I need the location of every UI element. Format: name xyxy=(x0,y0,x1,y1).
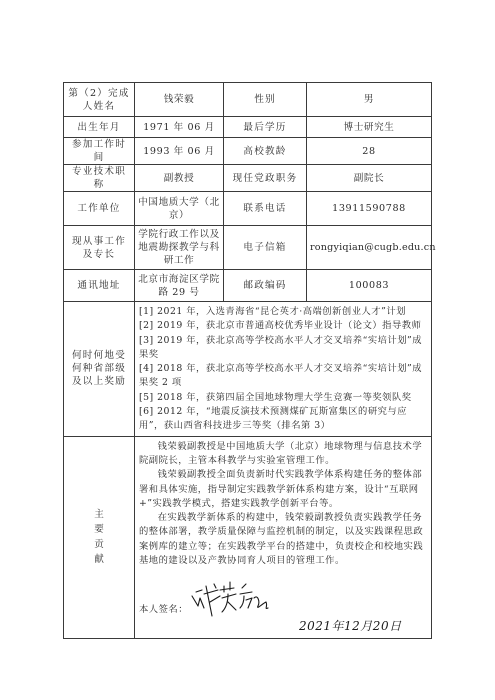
table-row-awards: 何时何地受何种省部级及以上奖励 [1] 2021 年，入选青海省“昆仑英才·高端… xyxy=(64,302,432,437)
label-awards: 何时何地受何种省部级及以上奖励 xyxy=(64,302,135,437)
label-name: 第（2）完成人姓名 xyxy=(64,83,135,117)
value-email: rongyiqian@cugb.edu.cn xyxy=(307,226,432,270)
label-contribution: 主要贡献 xyxy=(93,507,105,567)
contribution-paragraph: 钱荣毅副教授全面负责新时代实践教学体系构建任务的整体部署和具体实施，指导制定实践… xyxy=(139,468,427,511)
label-employer: 工作单位 xyxy=(64,192,135,226)
label-email: 电子信箱 xyxy=(224,226,307,270)
award-item: [5] 2018 年，获第四届全国地球物理大学生竞赛一等奖领队奖 xyxy=(139,391,428,405)
label-gender: 性别 xyxy=(224,83,307,117)
value-birth: 1971 年 06 月 xyxy=(135,117,224,138)
value-specialty: 学院行政工作以及地震勘探教学与科研工作 xyxy=(135,226,224,270)
value-phone: 13911590788 xyxy=(307,192,432,226)
label-education: 最后学历 xyxy=(224,117,307,138)
table-row-address: 通讯地址 北京市海淀区学院路 29 号 邮政编码 100083 xyxy=(64,270,432,302)
label-contribution-cell: 主要贡献 xyxy=(64,436,135,638)
award-item: [3] 2019 年，获北京高等学校高水平人才交叉培养“实培计划”成果奖 xyxy=(139,334,428,363)
handwritten-signature-icon xyxy=(188,572,278,618)
award-item: [2] 2019 年，获北京市普通高校优秀毕业设计（论文）指导教师 xyxy=(139,319,428,333)
contribution-paragraph: 在实践教学新体系的构建中，钱荣毅副教授负责实践教学任务的整体部署，教学质量保障与… xyxy=(139,511,427,568)
awards-list: [1] 2021 年，入选青海省“昆仑英才·高端创新创业人才”计划 [2] 20… xyxy=(135,302,432,437)
label-birth: 出生年月 xyxy=(64,117,135,138)
value-work-start: 1993 年 06 月 xyxy=(135,138,224,165)
contribution-cell: 钱荣毅副教授是中国地质大学（北京）地球物理与信息技术学院副院长，主管本科教学与实… xyxy=(135,436,432,638)
value-postcode: 100083 xyxy=(307,270,432,302)
award-item: [6] 2012 年，“地震反演技术预测煤矿瓦斯富集区的研究与应用”，获山西省科… xyxy=(139,405,428,434)
table-row-contribution: 主要贡献 钱荣毅副教授是中国地质大学（北京）地球物理与信息技术学院副院长，主管本… xyxy=(64,436,432,638)
value-teaching-years: 28 xyxy=(307,138,432,165)
value-position: 副院长 xyxy=(307,165,432,192)
svg-text:2021年12月20日: 2021年12月20日 xyxy=(299,619,402,633)
table-row-birth: 出生年月 1971 年 06 月 最后学历 博士研究生 xyxy=(64,117,432,138)
label-phone: 联系电话 xyxy=(224,192,307,226)
table-row-employer: 工作单位 中国地质大学（北京） 联系电话 13911590788 xyxy=(64,192,432,226)
signature-area: 本人签名： xyxy=(139,572,278,618)
contribution-paragraph: 钱荣毅副教授是中国地质大学（北京）地球物理与信息技术学院副院长，主管本科教学与实… xyxy=(139,440,427,469)
table-row-work-start: 参加工作时间 1993 年 06 月 高校教龄 28 xyxy=(64,138,432,165)
label-specialty: 现从事工作及专长 xyxy=(64,226,135,270)
label-teaching-years: 高校教龄 xyxy=(224,138,307,165)
label-address: 通讯地址 xyxy=(64,270,135,302)
value-address: 北京市海淀区学院路 29 号 xyxy=(135,270,224,302)
table-row-title: 专业技术职称 副教授 现任党政职务 副院长 xyxy=(64,165,432,192)
label-title: 专业技术职称 xyxy=(64,165,135,192)
award-item: [1] 2021 年，入选青海省“昆仑英才·高端创新创业人才”计划 xyxy=(139,305,428,319)
handwritten-date: 2021年12月20日 xyxy=(299,615,407,635)
label-work-start: 参加工作时间 xyxy=(64,138,135,165)
value-employer: 中国地质大学（北京） xyxy=(135,192,224,226)
signature-label: 本人签名： xyxy=(139,603,188,617)
label-position: 现任党政职务 xyxy=(224,165,307,192)
value-education: 博士研究生 xyxy=(307,117,432,138)
value-title: 副教授 xyxy=(135,165,224,192)
table-row-specialty: 现从事工作及专长 学院行政工作以及地震勘探教学与科研工作 电子信箱 rongyi… xyxy=(64,226,432,270)
table-row-name: 第（2）完成人姓名 钱荣毅 性别 男 xyxy=(64,83,432,117)
value-gender: 男 xyxy=(307,83,432,117)
label-postcode: 邮政编码 xyxy=(224,270,307,302)
award-item: [4] 2018 年，获北京高等学校高水平人才交叉培养“实培计划”成果奖 2 项 xyxy=(139,362,428,391)
value-name: 钱荣毅 xyxy=(135,83,224,117)
candidate-info-table: 第（2）完成人姓名 钱荣毅 性别 男 出生年月 1971 年 06 月 最后学历… xyxy=(63,82,432,639)
